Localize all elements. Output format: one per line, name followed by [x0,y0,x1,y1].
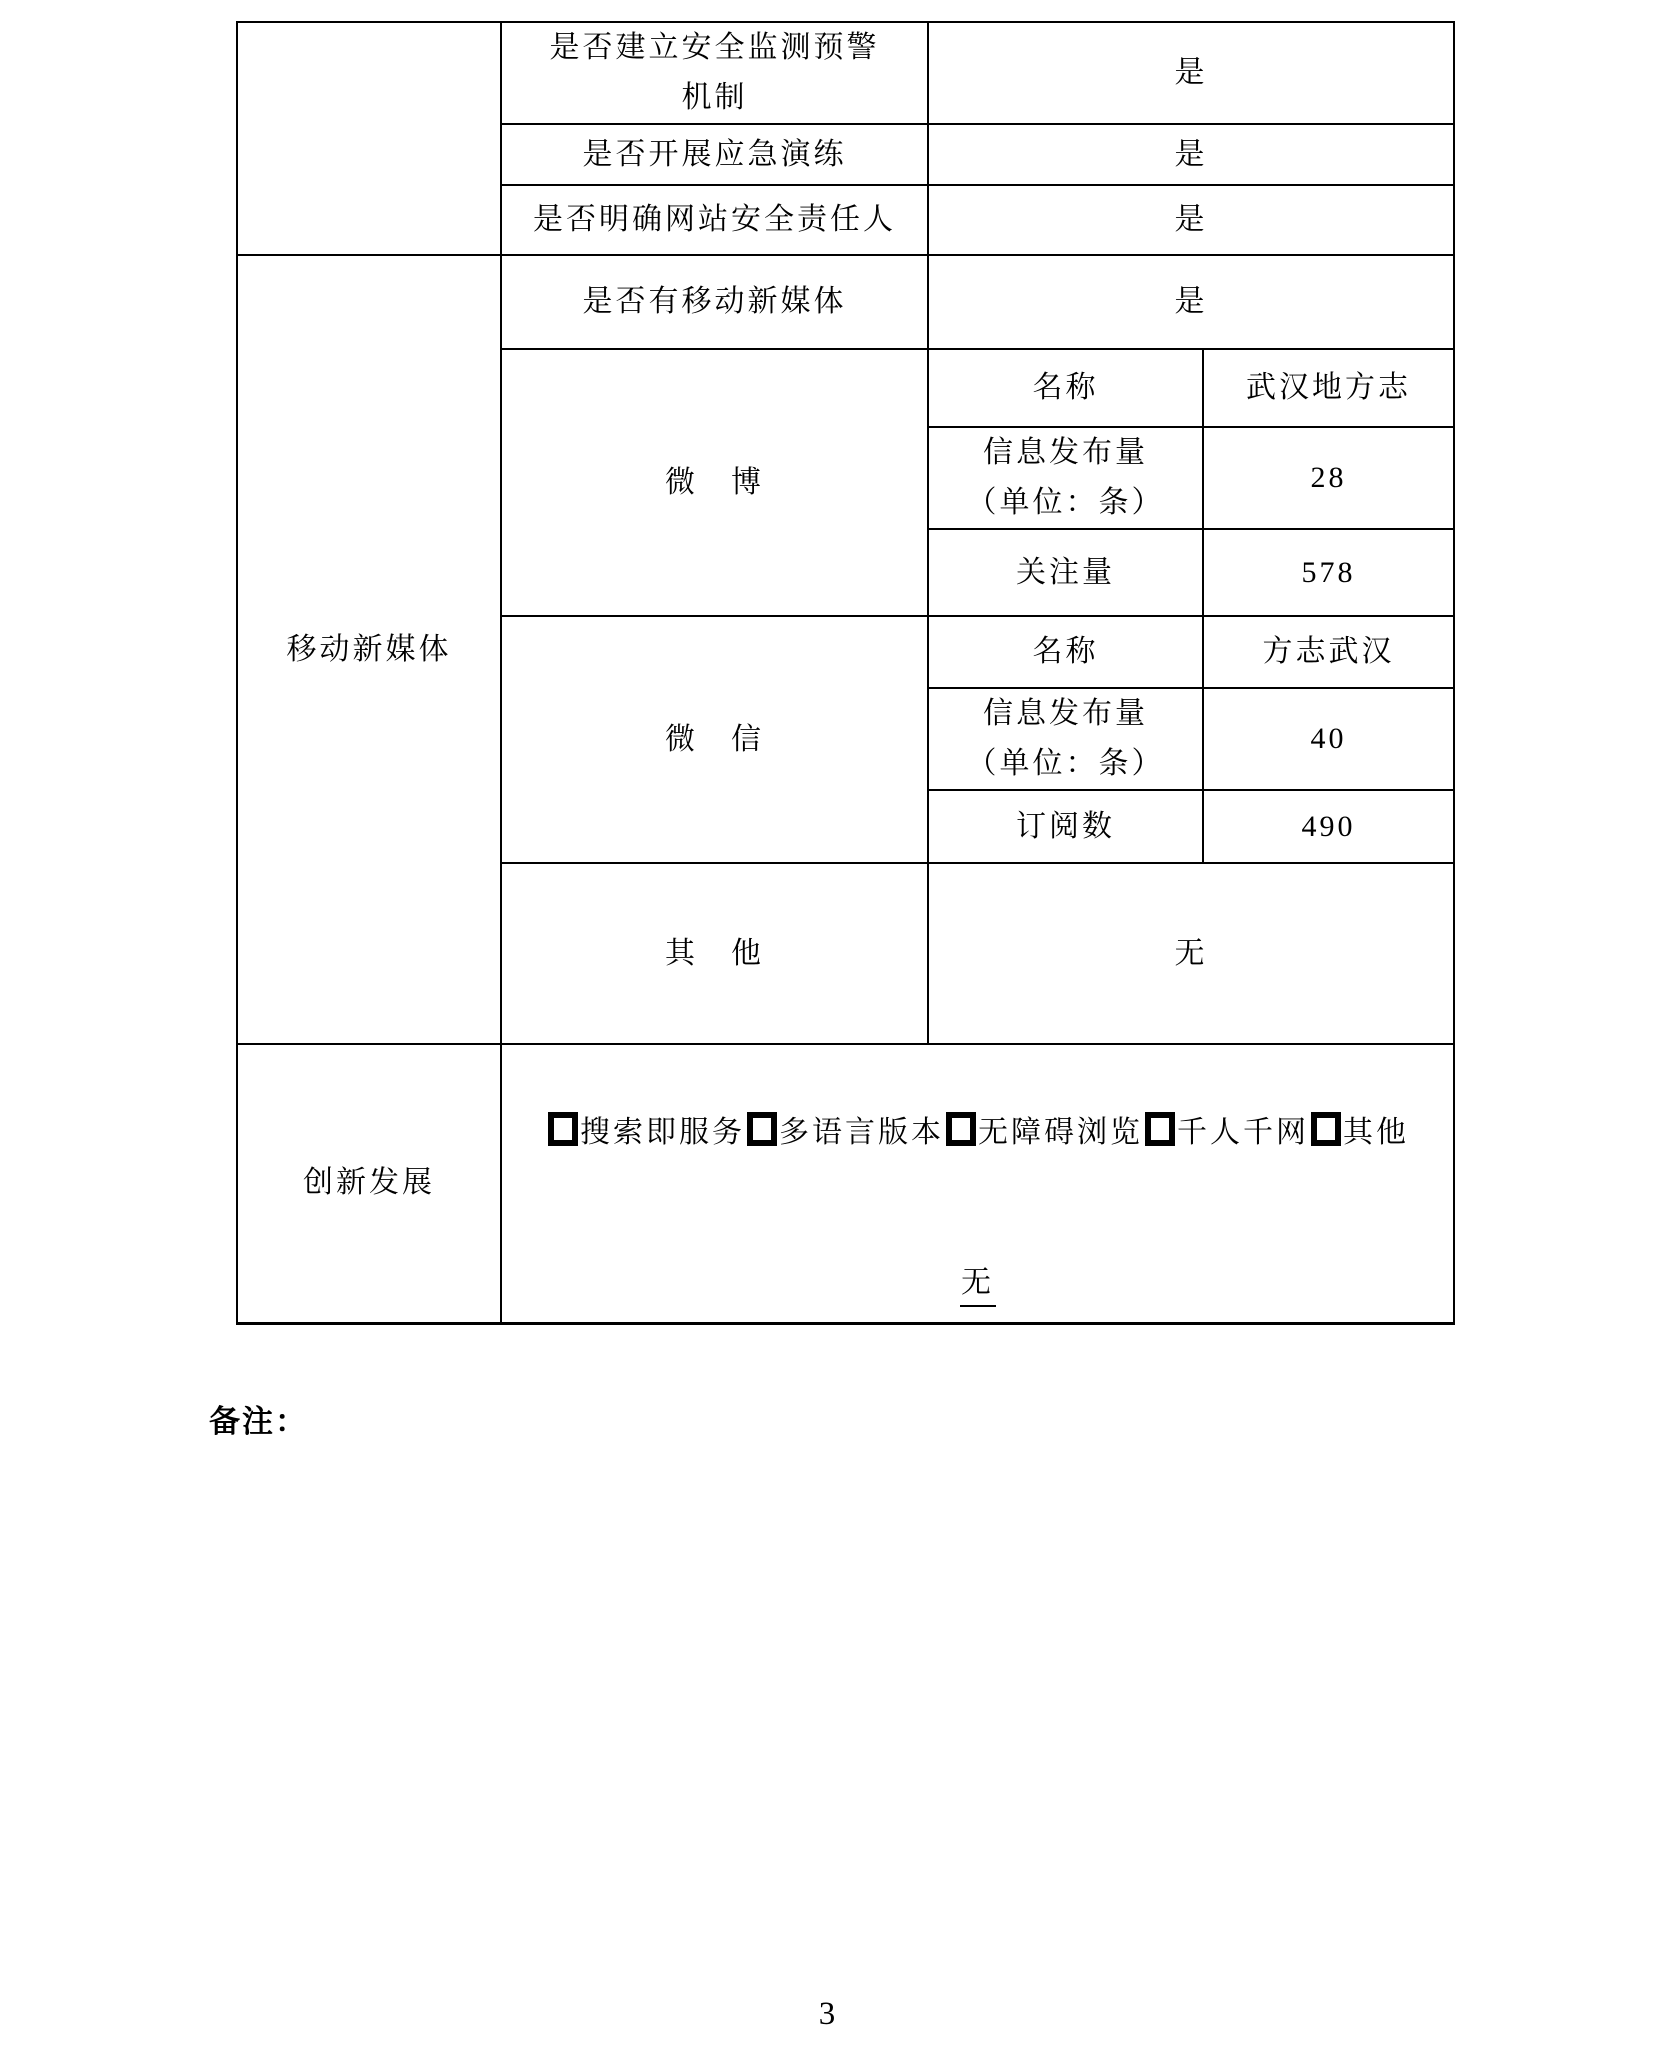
security-row-value: 是 [928,22,1454,124]
weibo-label: 微 博 [501,349,928,616]
weibo-posts-label: 信息发布量 （单位：条） [928,427,1203,529]
checkbox-unchecked-icon [747,1112,777,1146]
wechat-posts-value: 40 [1203,688,1454,790]
wechat-name-label: 名称 [928,616,1203,688]
weibo-followers-value: 578 [1203,529,1454,616]
weibo-followers-label: 关注量 [928,529,1203,616]
other-media-label: 其 他 [501,863,928,1044]
has-mobile-media-value: 是 [928,255,1454,349]
innovation-option: 无障碍浏览 [944,1116,1143,1149]
section-cell-empty [237,22,501,255]
wechat-name-value: 方志武汉 [1203,616,1454,688]
innovation-option-label: 搜索即服务 [580,1116,745,1149]
checkbox-unchecked-icon [946,1112,976,1146]
innovation-option: 搜索即服务 [546,1116,745,1149]
document-page: 是否建立安全监测预警 机制 是 是否开展应急演练 是 是否明确网站安全责任人 是… [0,0,1654,2063]
security-row-label: 是否建立安全监测预警 机制 [501,22,928,124]
weibo-name-value: 武汉地方志 [1203,349,1454,427]
innovation-option-label: 其他 [1343,1116,1409,1149]
innovation-option-label: 多语言版本 [779,1116,944,1149]
wechat-label: 微 信 [501,616,928,863]
innovation-option: 多语言版本 [745,1116,944,1149]
security-row-value: 是 [928,185,1454,255]
page-number: 3 [0,1996,1654,2033]
checkbox-unchecked-icon [1311,1112,1341,1146]
section-label-mobile-media: 移动新媒体 [237,255,501,1044]
section-label-innovation: 创新发展 [237,1044,501,1323]
wechat-posts-label: 信息发布量 （单位：条） [928,688,1203,790]
weibo-posts-value: 28 [1203,427,1454,529]
has-mobile-media-label: 是否有移动新媒体 [501,255,928,349]
innovation-option: 其他 [1309,1116,1409,1149]
notes-label: 备注： [209,1396,308,1441]
innovation-option-label: 无障碍浏览 [978,1116,1143,1149]
security-row-label: 是否开展应急演练 [501,124,928,185]
other-media-value: 无 [928,863,1454,1044]
checkbox-unchecked-icon [1145,1112,1175,1146]
security-row-label: 是否明确网站安全责任人 [501,185,928,255]
wechat-subscribers-label: 订阅数 [928,790,1203,863]
innovation-options-cell: 搜索即服务多语言版本无障碍浏览千人千网其他 无 [501,1044,1454,1323]
weibo-name-label: 名称 [928,349,1203,427]
innovation-option-label: 千人千网 [1177,1116,1309,1149]
checkbox-unchecked-icon [548,1112,578,1146]
wechat-subscribers-value: 490 [1203,790,1454,863]
report-table: 是否建立安全监测预警 机制 是 是否开展应急演练 是 是否明确网站安全责任人 是… [236,21,1455,1325]
innovation-option: 千人千网 [1143,1116,1309,1149]
innovation-other-detail: 无 [960,1261,996,1307]
security-row-value: 是 [928,124,1454,185]
